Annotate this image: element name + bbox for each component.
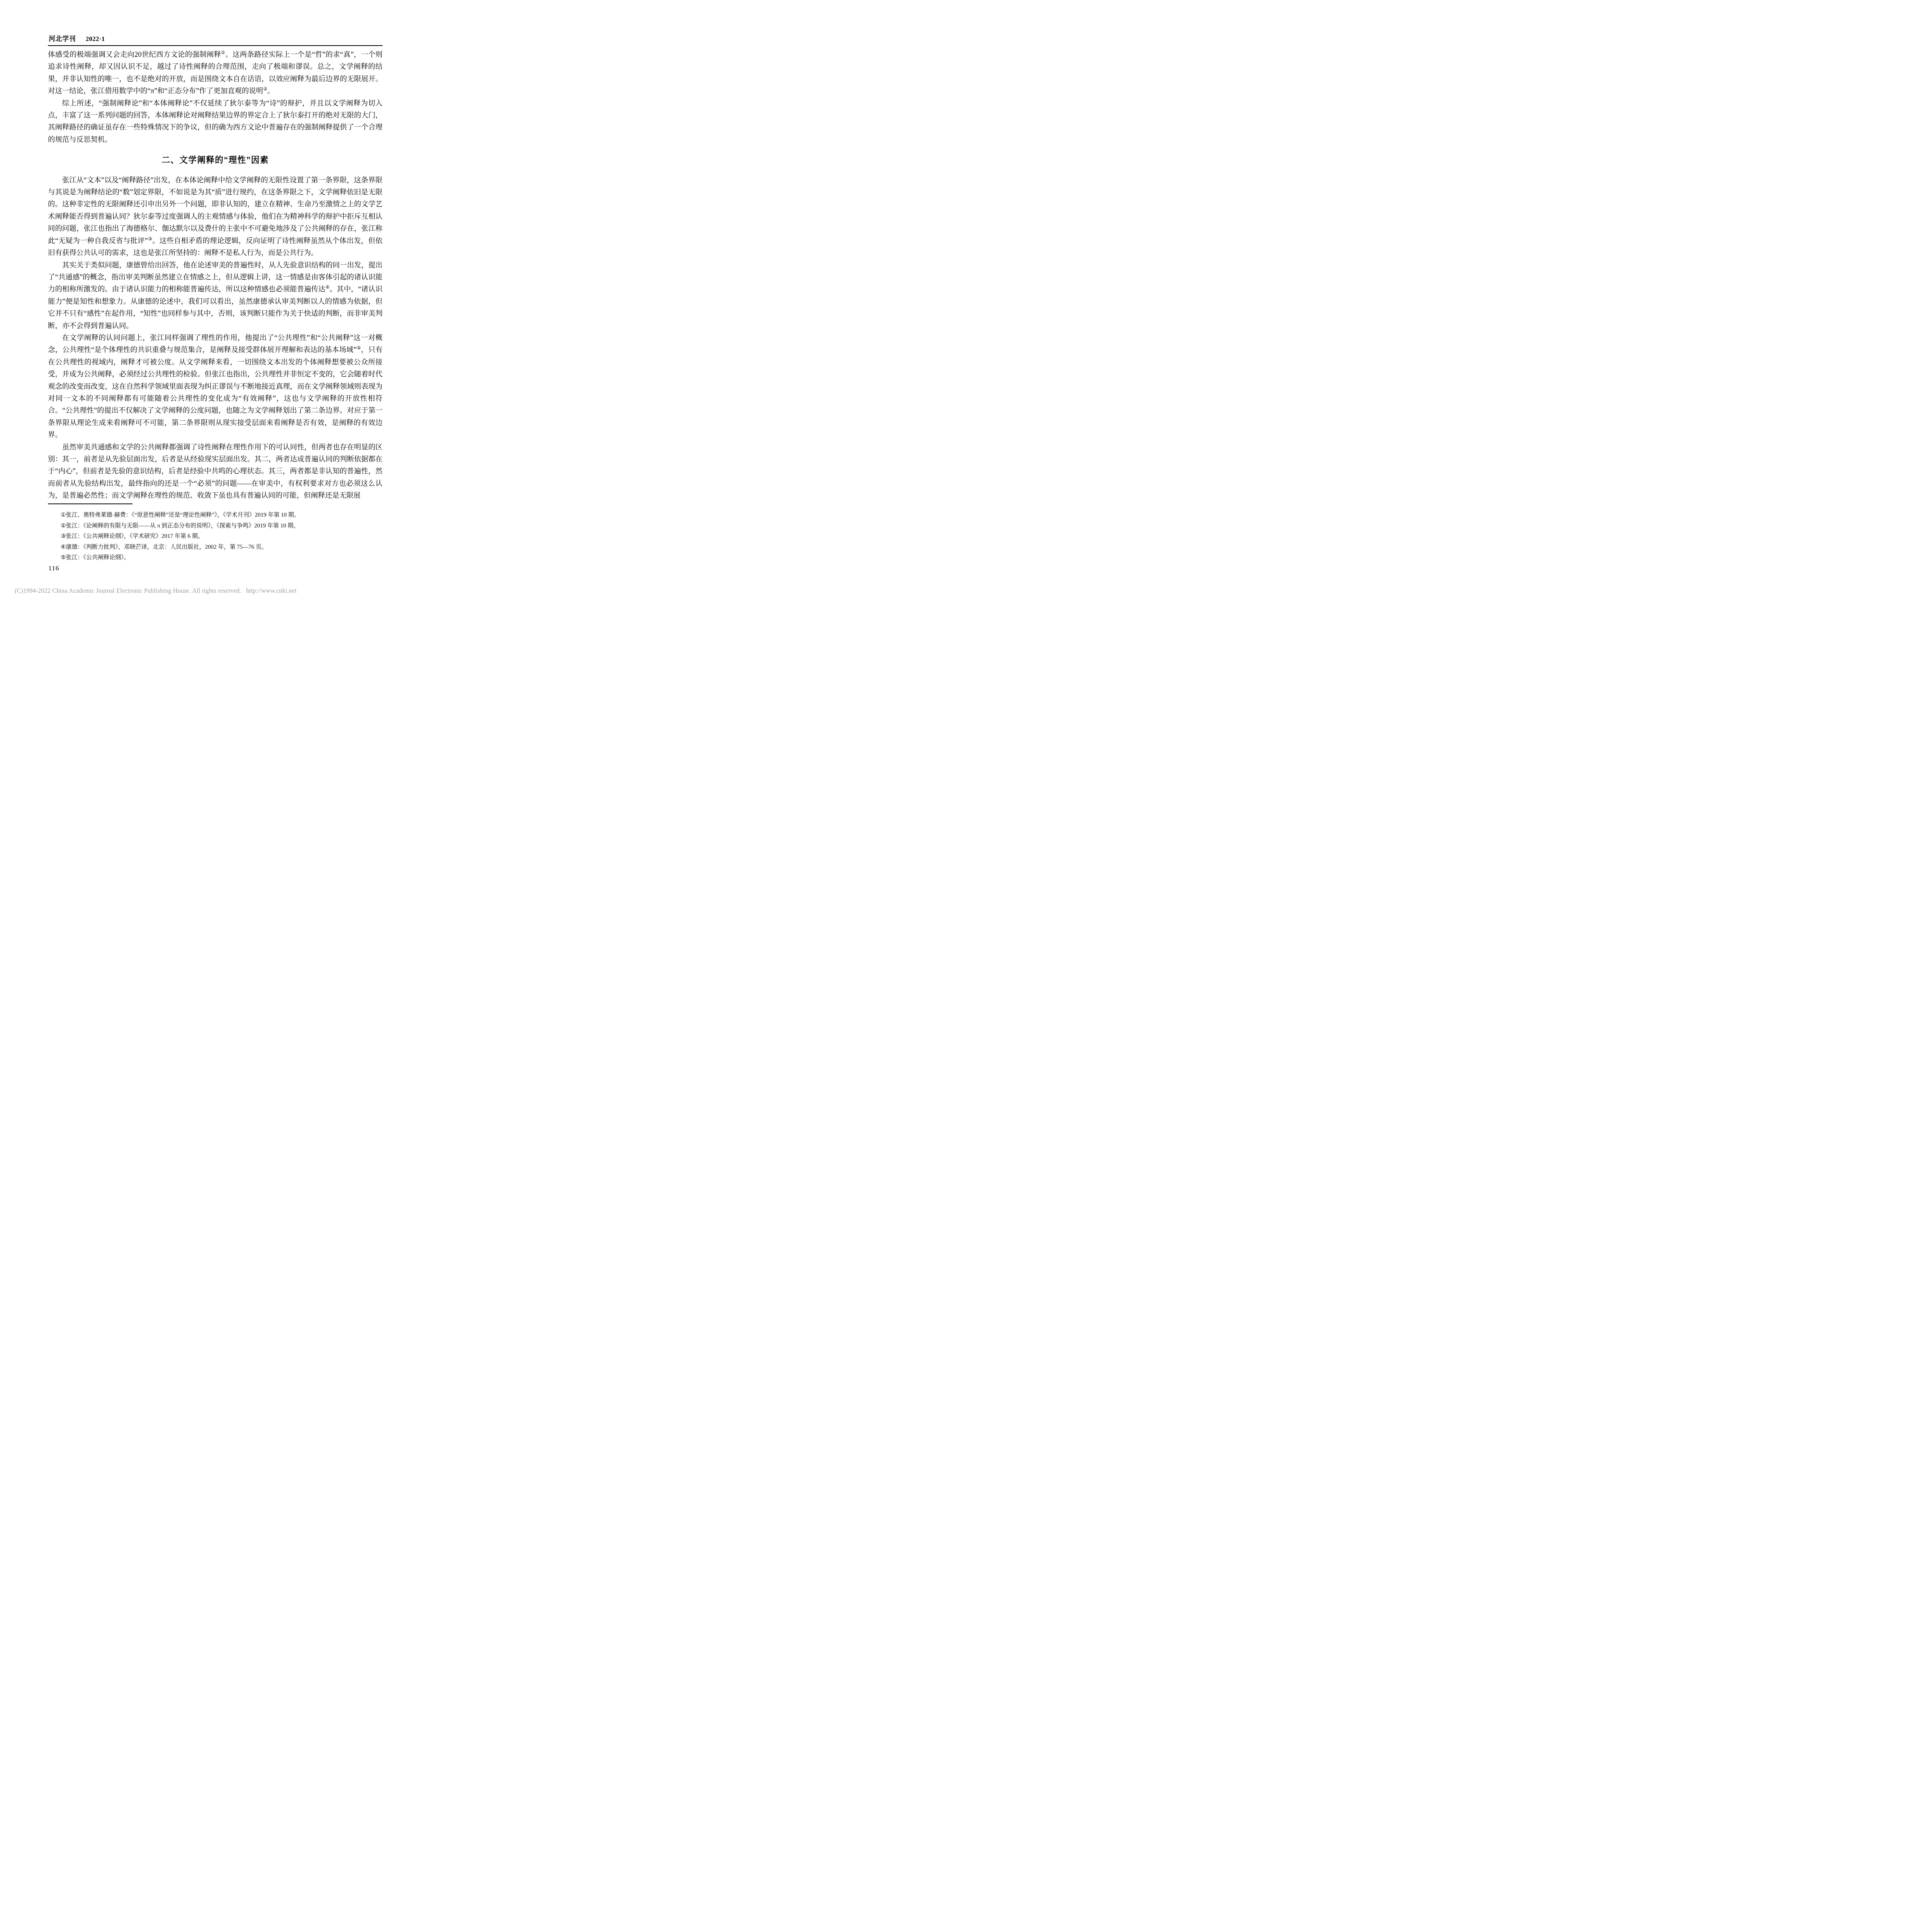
- copyright-notice: (C)1994-2022 China Academic Journal Elec…: [15, 588, 297, 595]
- footnote-item-3: ③张江：《公共阐释论纲》，《学术研究》2017 年第 6 期。: [61, 531, 374, 542]
- body-paragraph-3: 张江从“文本”以及“阐释路径”出发，在本体论阐释中给文学阐释的无限性设置了第一条…: [48, 174, 383, 259]
- footnote-divider-rule: [48, 503, 133, 504]
- footnote-item-1: ①张江、奥特弗莱德·赫费：《“原意性阐释”还是“理论性阐释”》，《学术月刊》20…: [61, 510, 374, 521]
- footnotes-block: ①张江、奥特弗莱德·赫费：《“原意性阐释”还是“理论性阐释”》，《学术月刊》20…: [61, 510, 374, 563]
- body-paragraph-2: 综上所述，“强制阐释论”和“本体阐释论”不仅延续了狄尔泰等为“诗”的辩护，并且以…: [48, 97, 383, 146]
- body-paragraph-1: 体感受的极端强调又会走向20世纪西方文论的强制阐释①。这两条路径实际上一个是“哲…: [48, 49, 383, 97]
- footnote-item-4: ④康德：《判断力批判》，邓晓芒译，北京：人民出版社，2002 年，第 75—76…: [61, 542, 374, 553]
- section-heading: 二、文学阐释的“理性”因素: [48, 154, 383, 166]
- journal-page: 河北学刊 2022·1 体感受的极端强调又会走向20世纪西方文论的强制阐释①。这…: [0, 0, 429, 607]
- footnote-item-2: ②张江：《论阐释的有限与无限——从 π 到正态分布的说明》，《探索与争鸣》201…: [61, 521, 374, 532]
- footnote-ref-marker: ②: [263, 86, 267, 92]
- masthead-divider-rule: [48, 45, 383, 46]
- page-number: 116: [48, 564, 60, 572]
- journal-issue: 2022·1: [86, 35, 105, 43]
- footnote-ref-marker: ③: [148, 236, 152, 241]
- body-paragraph-6: 虽然审美共通感和文学的公共阐释都强调了诗性阐释在理性作用下的可认同性，但两者也存…: [48, 441, 383, 502]
- body-paragraph-4: 其实关于类似问题，康德曾给出回答，他在论述审美的普遍性时，从人先验意识结构的同一…: [48, 259, 383, 332]
- footnote-ref-marker: ④: [325, 284, 330, 290]
- footnote-ref-marker: ①: [221, 50, 225, 55]
- journal-masthead: 河北学刊 2022·1: [49, 33, 105, 43]
- footnote-ref-marker: ⑤: [357, 345, 361, 350]
- journal-title: 河北学刊: [49, 35, 76, 43]
- footnote-item-5: ⑤张江：《公共阐释论纲》。: [61, 553, 374, 563]
- body-paragraph-5: 在文学阐释的认同问题上，张江同样强调了理性的作用，他提出了“公共理性”和“公共阐…: [48, 332, 383, 441]
- article-body: 体感受的极端强调又会走向20世纪西方文论的强制阐释①。这两条路径实际上一个是“哲…: [48, 49, 383, 504]
